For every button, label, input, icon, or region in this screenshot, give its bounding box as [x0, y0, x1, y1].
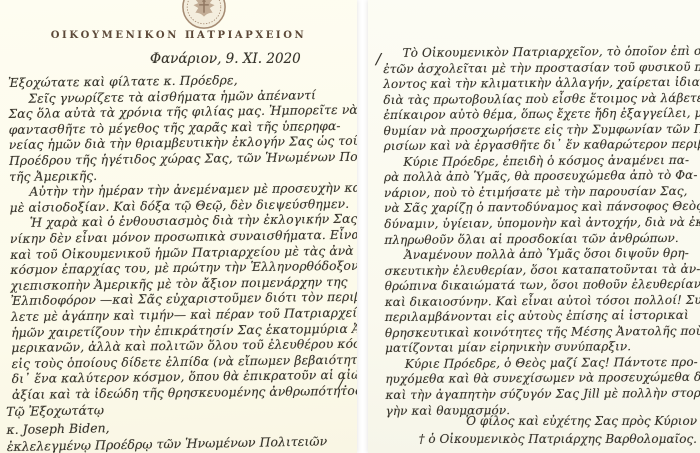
- letter-page-1: ΟΙΚΟΥΜΕΝΙΚΟΝ ΠΑΤΡΙΑΡΧΕΙΟΝ Φανάριον, 9. Χ…: [0, 0, 357, 453]
- page2-body-text: Τὸ Οἰκουμενικὸν Πατριαρχεῖον, τὸ ὁποῖον …: [383, 44, 700, 419]
- signature-block: Ὁ φίλος καὶ εὐχέτης Σας πρὸς Κύριον† ὁ Ο…: [419, 413, 697, 448]
- handwritten-line: ἐπίκαιρον αὐτὸ θέμα, ὅπως ἔχετε ἤδη ἐξαγ…: [383, 106, 699, 124]
- letterhead-title: ΟΙΚΟΥΜΕΝΙΚΟΝ ΠΑΤΡΙΑΡΧΕΙΟΝ: [0, 30, 357, 41]
- patriarchate-seal-icon: [181, 0, 227, 30]
- handwritten-line: λοντος καὶ τὴν κλιματικὴν ἀλλαγήν, χαίρε…: [383, 75, 699, 93]
- handwritten-line: Τὸ Οἰκουμενικὸν Πατριαρχεῖον, τὸ ὁποῖον …: [383, 44, 699, 62]
- handwritten-line: θρησκευτικαὶ κοινότητες τῆς Μέσης Ἀνατολ…: [385, 324, 700, 342]
- handwritten-line: θρώπινα δικαιώματά των, ὅσοι ποθοῦν ἐλευ…: [385, 277, 700, 295]
- handwritten-line: Ἀναμένουν πολλὰ ἀπὸ Ὑμᾶς ὅσοι διψοῦν θρη…: [384, 246, 700, 264]
- letter-page-2: / Τὸ Οἰκουμενικὸν Πατριαρχεῖον, τὸ ὁποῖο…: [368, 0, 700, 453]
- continuation-mark: /: [376, 50, 381, 68]
- handwritten-line: Ὁ φίλος καὶ εὐχέτης Σας πρὸς Κύριον: [419, 413, 697, 431]
- page-end-mark: /.: [339, 376, 348, 391]
- date-line: Φανάριον, 9. ΧΙ. 2020: [150, 51, 301, 67]
- handwritten-line: † ὁ Οἰκουμενικὸς Πατριάρχης Βαρθολομαῖος…: [419, 431, 697, 449]
- page1-body-text: Ἐξοχώτατε καὶ φίλτατε κ. Πρόεδρε, Σεῖς γ…: [8, 72, 357, 404]
- handwritten-line: δύναμιν, ὑγίειαν, ὑπομονὴν καὶ ἀντοχήν, …: [384, 215, 700, 233]
- scanned-letter: ΟΙΚΟΥΜΕΝΙΚΟΝ ΠΑΤΡΙΑΡΧΕΙΟΝ Φανάριον, 9. Χ…: [0, 0, 700, 453]
- addressee-block: Τῷ Ἐξοχωτάτῳκ. Joseph Biden,ἐκλελεγμένῳ …: [6, 397, 327, 453]
- handwritten-line: καὶ τὴν ἀγαπητὴν σύζυγόν Σας Jill μὲ πολ…: [385, 386, 700, 404]
